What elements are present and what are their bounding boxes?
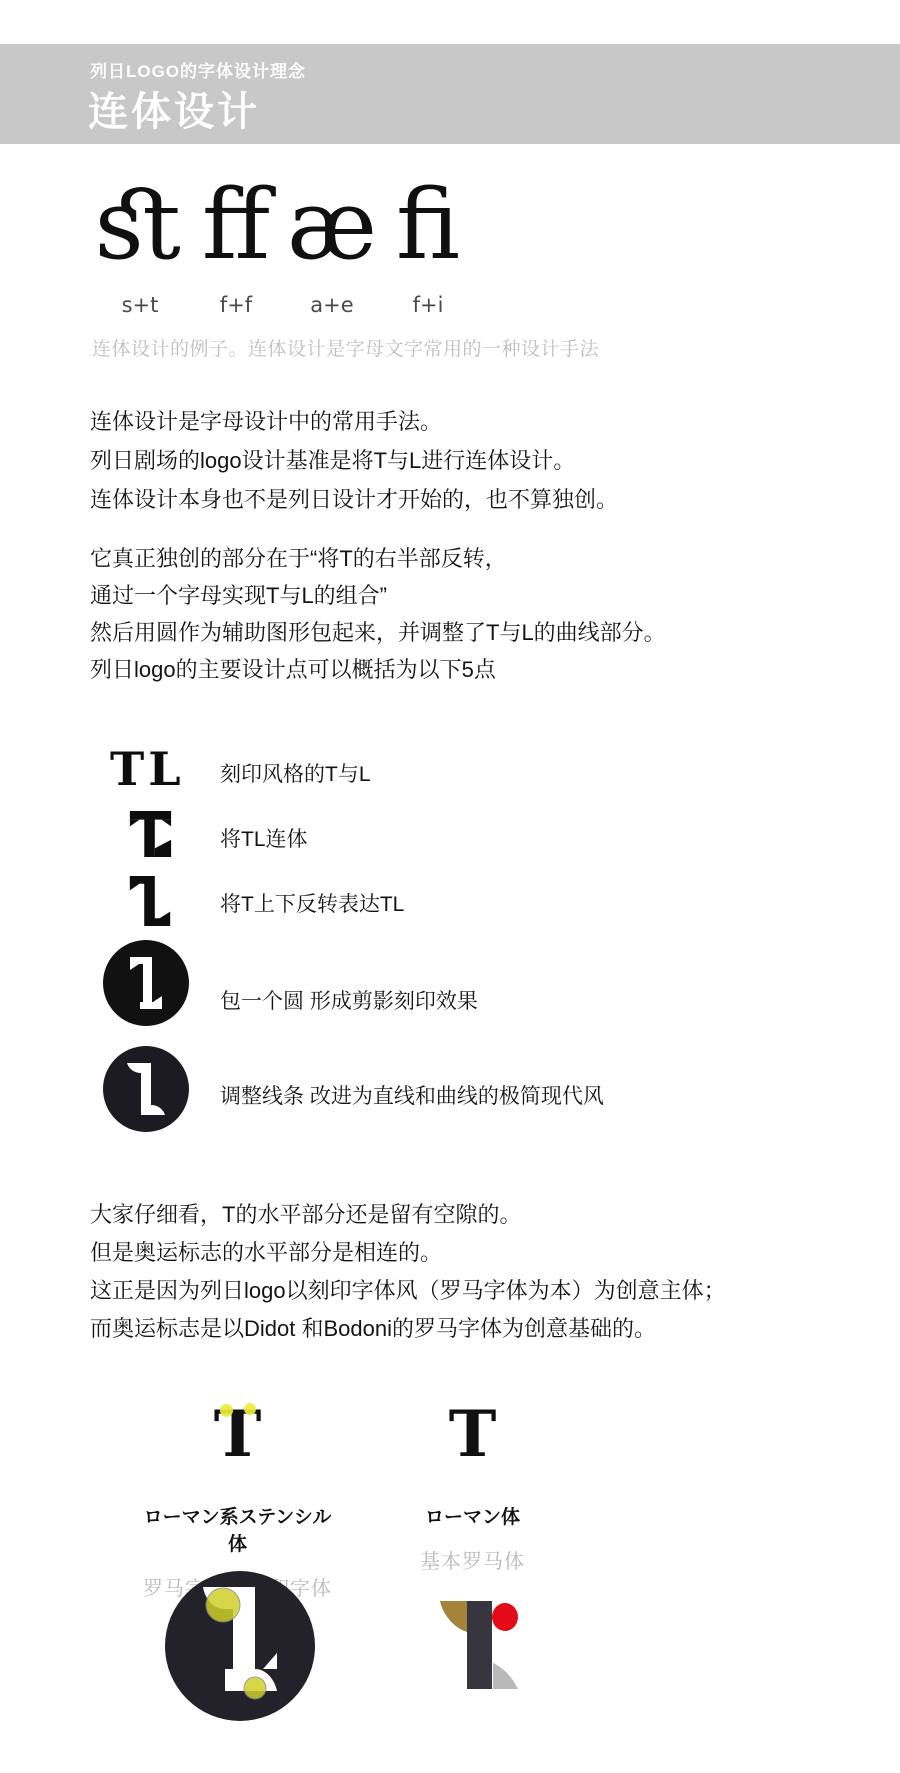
page-title: 连体设计 bbox=[88, 80, 260, 137]
compare-subtitle-right: 基本罗马体 bbox=[375, 1545, 570, 1574]
tl-flipped-icon bbox=[127, 876, 173, 931]
ligature-item-fi: ﬁ f+i bbox=[380, 168, 476, 317]
ligature-label-fi: f+i bbox=[380, 293, 476, 317]
ligature-label-ff: f+f bbox=[188, 293, 284, 317]
yellow-dot-icon bbox=[220, 1404, 233, 1417]
tl-ligature-icon bbox=[128, 811, 173, 862]
paragraph-line: 连体设计本身也不是列日设计才开始的，也不算独创。 bbox=[90, 480, 618, 519]
paragraph-line: 而奥运标志是以Didot 和Bodoni的罗马字体为创意基础的。 bbox=[90, 1310, 726, 1348]
paragraph-line: 大家仔细看，T的水平部分还是留有空隙的。 bbox=[90, 1196, 726, 1234]
compare-column-roman: T ローマン体 基本罗马体 bbox=[375, 1400, 570, 1574]
yellow-dot-icon bbox=[244, 1403, 256, 1415]
ligature-item-ff: ﬀ f+f bbox=[188, 168, 284, 317]
ligature-label-st: s+t bbox=[92, 293, 188, 317]
paragraph-3: 大家仔细看，T的水平部分还是留有空隙的。 但是奥运标志的水平部分是相连的。 这正… bbox=[90, 1196, 726, 1348]
paragraph-line: 连体设计是字母设计中的常用手法。 bbox=[90, 402, 618, 441]
paragraph-line: 然后用圆作为辅助图形包起来，并调整了T与L的曲线部分。 bbox=[90, 614, 666, 651]
ligature-glyph-ae: æ bbox=[284, 168, 380, 283]
compare-title-left: ローマン系ステンシル体 bbox=[140, 1502, 335, 1556]
tl-circle-stencil-icon bbox=[103, 940, 189, 1031]
stencil-tl-logo: TL bbox=[110, 746, 185, 792]
point-label-5: 调整线条 改进为直线和曲线的极简现代风 bbox=[220, 1080, 604, 1110]
figure-caption: 连体设计的例子。连体设计是字母文字常用的一种设计手法 bbox=[92, 334, 599, 361]
paragraph-line: 列日logo的主要设计点可以概括为以下5点 bbox=[90, 651, 666, 688]
paragraph-line: 这正是因为列日logo以刻印字体风（罗马字体为本）为创意主体； bbox=[90, 1272, 726, 1310]
ligature-glyph-st: ﬆ bbox=[92, 168, 188, 283]
paragraph-2: 它真正独创的部分在于“将T的右半部反转， 通过一个字母实现T与L的组合” 然后用… bbox=[90, 540, 666, 688]
tl-circle-modern-icon bbox=[103, 1046, 189, 1137]
paragraph-line: 它真正独创的部分在于“将T的右半部反转， bbox=[90, 540, 666, 577]
ligature-glyph-ff: ﬀ bbox=[188, 168, 284, 283]
article-page: 列日LOGO的字体设计理念 连体设计 ﬆ s+t ﬀ f+f æ a+e ﬁ f… bbox=[0, 0, 900, 1773]
compare-title-right: ローマン体 bbox=[375, 1502, 570, 1529]
point-label-3: 将T上下反转表达TL bbox=[220, 888, 404, 918]
stencil-tl-text: TL bbox=[110, 746, 185, 792]
stencil-t-letter: T bbox=[140, 1400, 335, 1470]
paragraph-line: 但是奥运标志的水平部分是相连的。 bbox=[90, 1234, 726, 1272]
tl-color-logo bbox=[440, 1601, 518, 1694]
paragraph-line: 列日剧场的logo设计基准是将T与L进行连体设计。 bbox=[90, 441, 618, 480]
roman-t-glyph: T bbox=[449, 1397, 497, 1472]
header-band: 列日LOGO的字体设计理念 连体设计 bbox=[0, 44, 900, 144]
ligature-item-st: ﬆ s+t bbox=[92, 168, 188, 317]
ligature-item-ae: æ a+e bbox=[284, 168, 380, 317]
paragraph-line: 通过一个字母实现T与L的组合” bbox=[90, 577, 666, 614]
tl-big-circle-logo bbox=[165, 1571, 315, 1726]
ligature-examples: ﬆ s+t ﬀ f+f æ a+e ﬁ f+i bbox=[92, 168, 476, 317]
point-label-4: 包一个圆 形成剪影刻印效果 bbox=[220, 985, 478, 1015]
point-label-2: 将TL连体 bbox=[220, 823, 308, 853]
ligature-label-ae: a+e bbox=[284, 293, 380, 317]
roman-t-letter: T bbox=[375, 1400, 570, 1470]
paragraph-1: 连体设计是字母设计中的常用手法。 列日剧场的logo设计基准是将T与L进行连体设… bbox=[90, 402, 618, 519]
point-label-1: 刻印风格的T与L bbox=[220, 758, 371, 788]
ligature-glyph-fi: ﬁ bbox=[380, 168, 476, 283]
header-subtitle: 列日LOGO的字体设计理念 bbox=[90, 57, 306, 82]
